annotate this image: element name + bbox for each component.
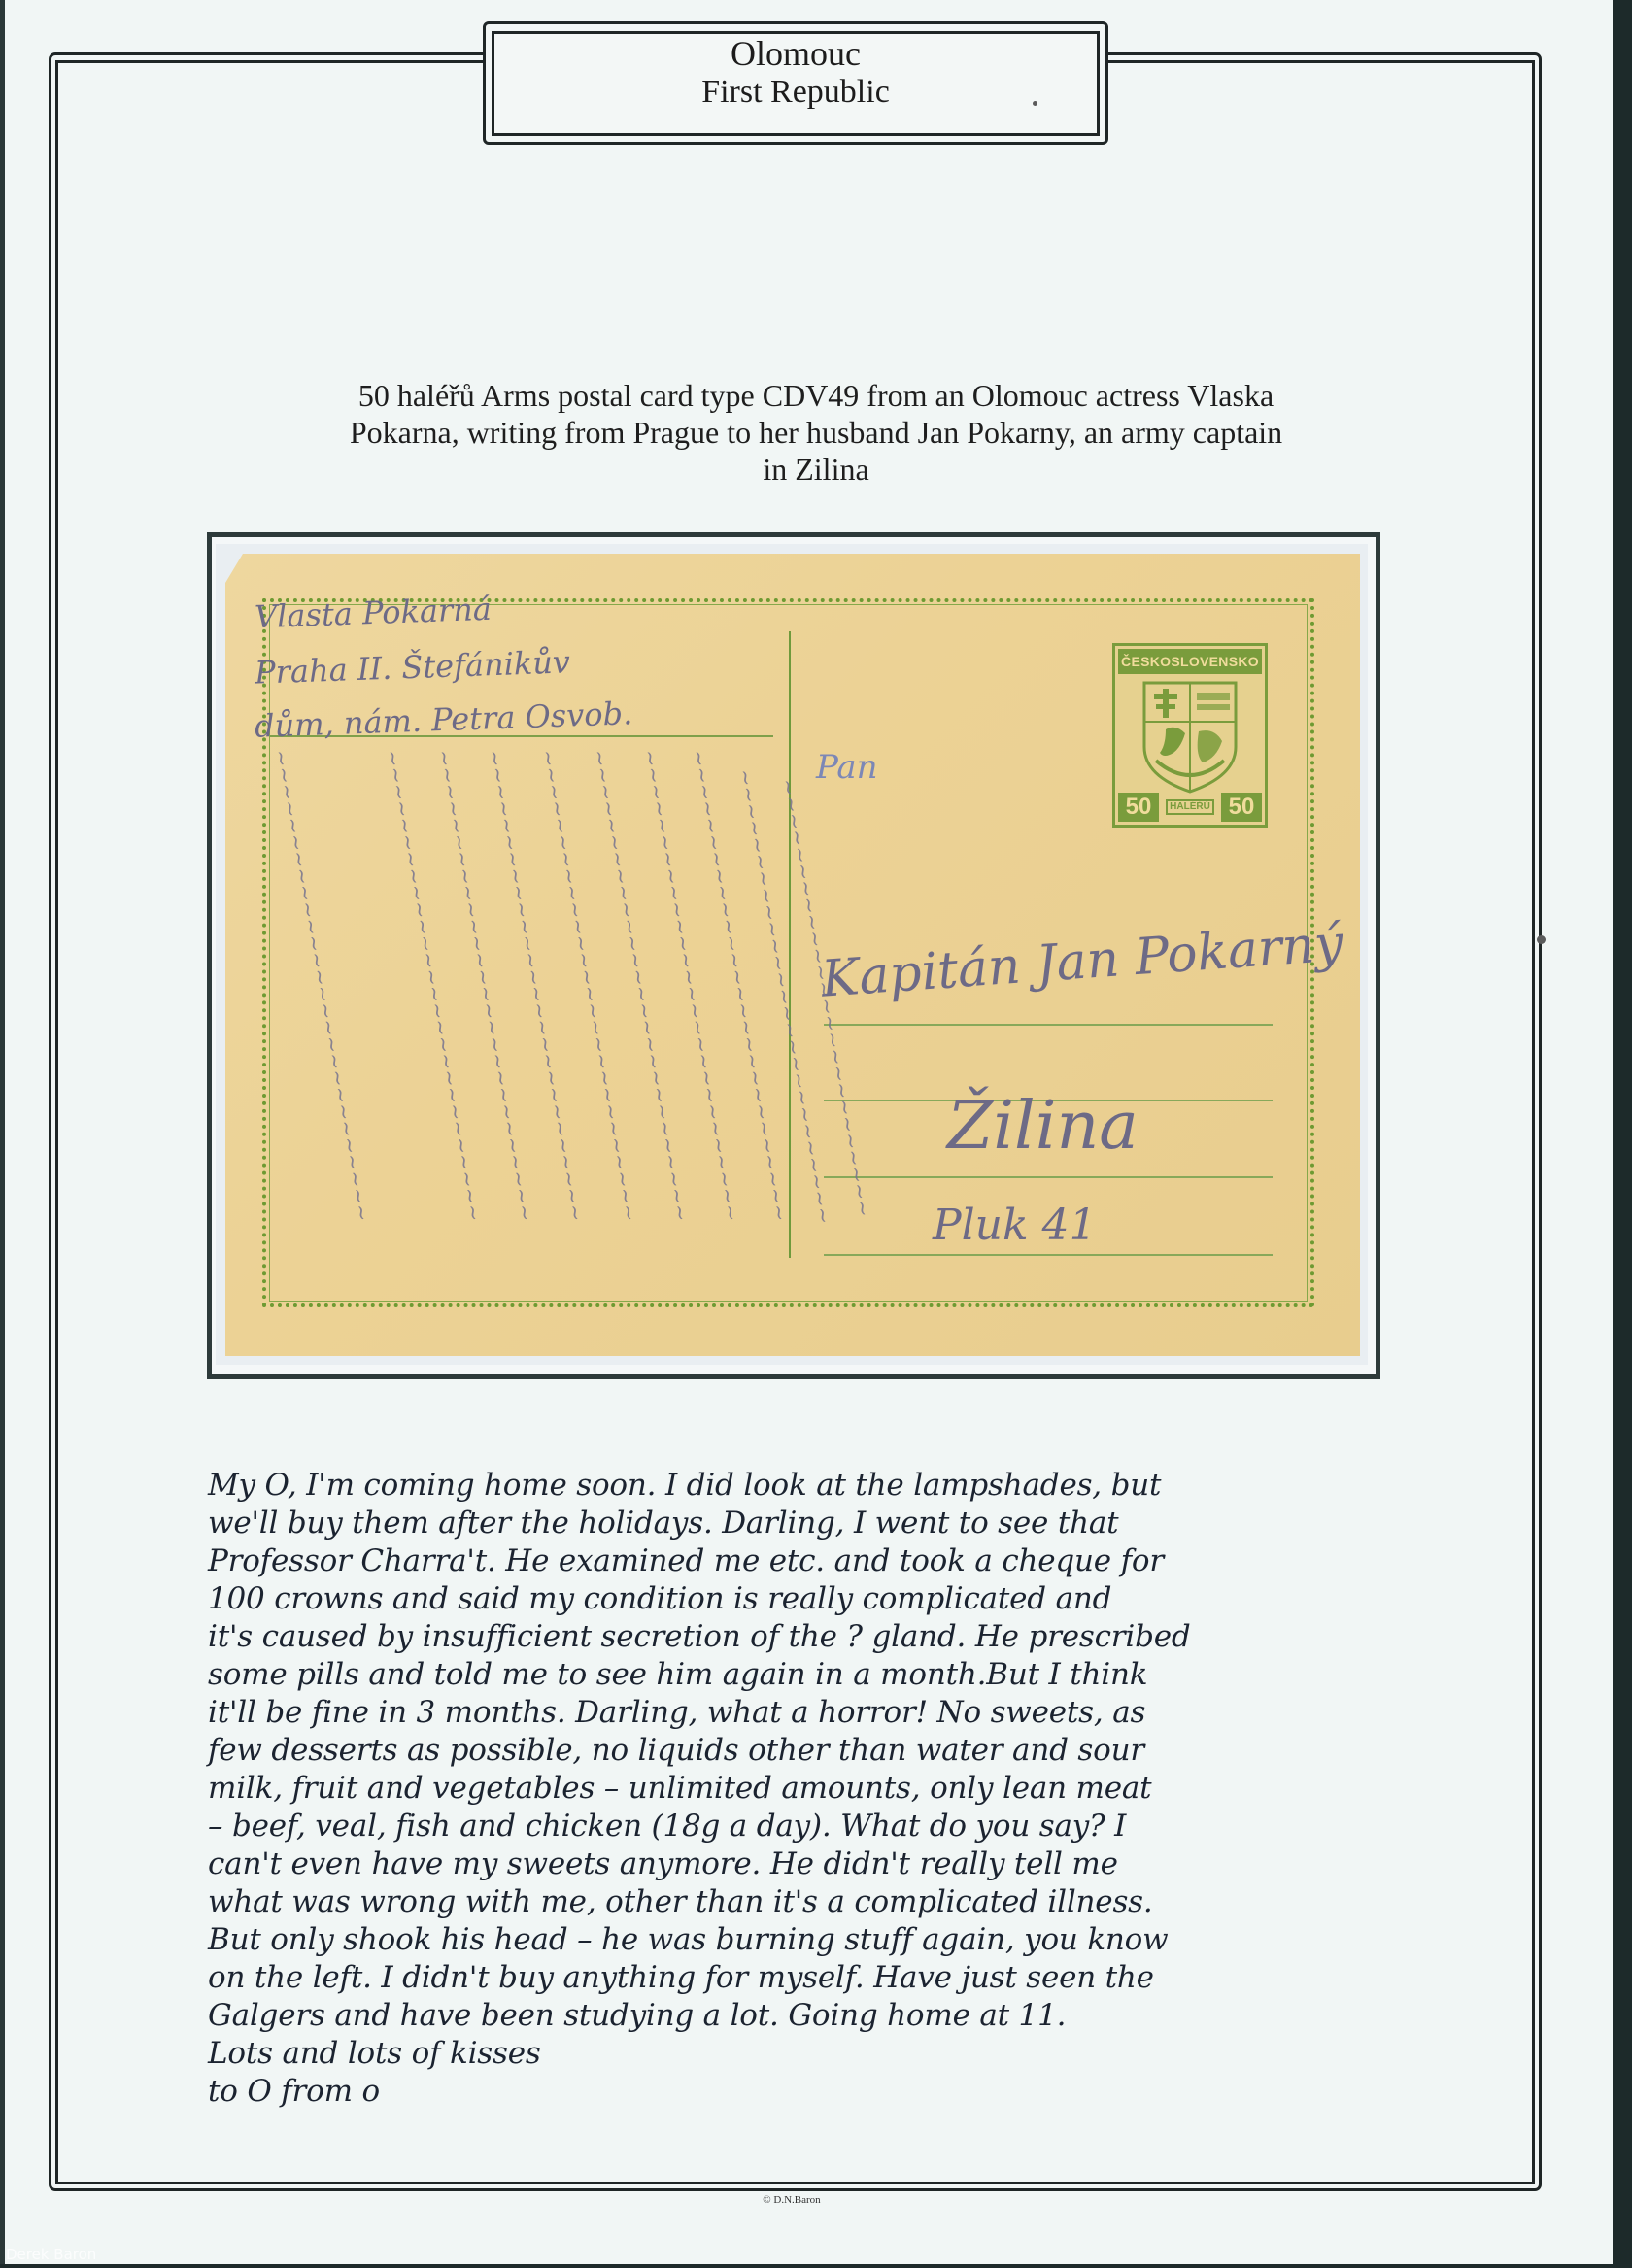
transcription-line: But only shook his head – he was burning… <box>208 1921 1432 1959</box>
postcard-divider <box>789 631 791 1258</box>
stamp-value-row: 50 HALÉŘŮ 50 <box>1118 793 1262 822</box>
page-title: Olomouc First Republic <box>492 33 1100 111</box>
transcription-line: My O, I'm coming home soon. I did look a… <box>208 1467 1432 1505</box>
address-line <box>824 1024 1273 1026</box>
transcription-line: it's caused by insufficient secretion of… <box>208 1618 1432 1656</box>
transcription-line: few desserts as possible, no liquids oth… <box>208 1732 1432 1770</box>
transcription-line: milk, fruit and vegetables – unlimited a… <box>208 1770 1432 1808</box>
speck <box>1033 101 1037 106</box>
stamp-value-left: 50 <box>1118 793 1159 822</box>
transcription-line: Galgers and have been studying a lot. Go… <box>208 1997 1432 2035</box>
stamp-unit: HALÉŘŮ <box>1166 799 1214 815</box>
title-period: First Republic <box>492 74 1100 111</box>
caption-line: 50 haléřů Arms postal card type CDV49 fr… <box>194 377 1438 414</box>
address-line <box>824 1176 1273 1178</box>
letter-transcription: My O, I'm coming home soon. I did look a… <box>208 1467 1432 2111</box>
transcription-line: it'll be fine in 3 months. Darling, what… <box>208 1694 1432 1732</box>
recipient-title-handwriting: Pan <box>816 748 878 787</box>
transcription-line: what was wrong with me, other than it's … <box>208 1883 1432 1921</box>
scan-edge-right <box>1613 0 1632 2268</box>
watermark: Derek Baron <box>6 2246 96 2263</box>
coat-of-arms-icon <box>1137 679 1243 795</box>
transcription-line: we'll buy them after the holidays. Darli… <box>208 1505 1432 1542</box>
recipient-city-handwriting: Žilina <box>947 1088 1139 1165</box>
scan-edge-left <box>0 0 5 2268</box>
transcription-line: to O from o <box>208 2073 1432 2111</box>
transcription-line: some pills and told me to see him again … <box>208 1656 1432 1694</box>
stamp-value-right: 50 <box>1221 793 1262 822</box>
imprinted-stamp: ČESKOSLOVENSKO 50 HALÉŘŮ 50 <box>1112 643 1268 828</box>
address-line <box>824 1254 1273 1256</box>
item-caption: 50 haléřů Arms postal card type CDV49 fr… <box>194 377 1438 488</box>
transcription-line: – beef, veal, fish and chicken (18g a da… <box>208 1808 1432 1845</box>
caption-line: Pokarna, writing from Prague to her husb… <box>194 414 1438 451</box>
transcription-line: can't even have my sweets anymore. He di… <box>208 1845 1432 1883</box>
speck <box>1537 935 1546 944</box>
title-city: Olomouc <box>492 33 1100 74</box>
transcription-line: Lots and lots of kisses <box>208 2035 1432 2073</box>
recipient-unit-handwriting: Pluk 41 <box>933 1201 1097 1250</box>
stamp-country: ČESKOSLOVENSKO <box>1118 649 1262 674</box>
transcription-line: Professor Charra't. He examined me etc. … <box>208 1542 1432 1580</box>
transcription-line: on the left. I didn't buy anything for m… <box>208 1959 1432 1997</box>
transcription-line: 100 crowns and said my condition is real… <box>208 1580 1432 1618</box>
scan-edge-bottom <box>0 2264 1632 2268</box>
caption-line: in Zilina <box>194 451 1438 488</box>
copyright-footer: © D.N.Baron <box>719 2194 865 2206</box>
